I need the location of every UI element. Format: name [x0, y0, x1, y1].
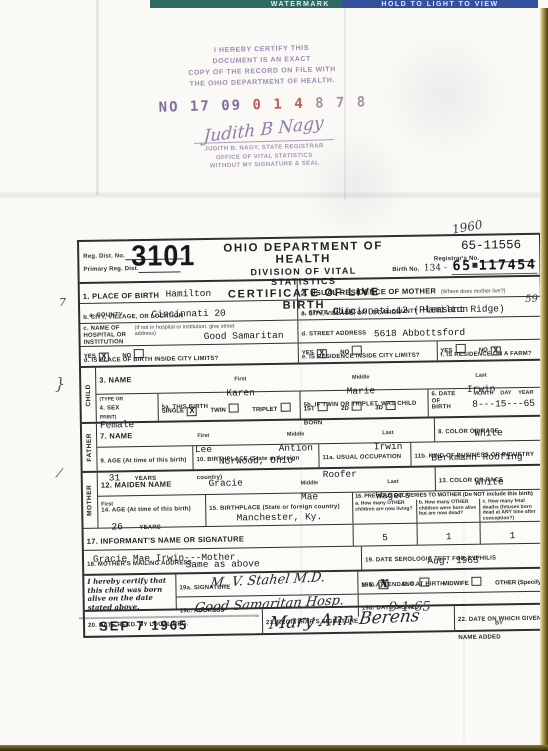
year-header: YEAR [518, 390, 533, 396]
registrar-signature-field: 21. REGISTRAR'S SIGNATURE Mary Ann Beren… [263, 606, 455, 633]
prev-living-value-cell: 5 [354, 524, 418, 546]
previous-deliveries-field: 16. PREVIOUS DELIVERIES TO MOTHER (Do NO… [353, 490, 543, 524]
certificate-number: 65-11556 [387, 238, 521, 254]
father-occupation-field: 11a. USUAL OCCUPATION Roofer [319, 443, 411, 467]
frame-border-bottom [0, 745, 548, 751]
midwife-option: MIDWIFE [443, 572, 482, 591]
do-option: D. O. [402, 573, 429, 591]
attendant-at-birth-field: 19b. ATTENDANT AT BIRTH M. D.X D. O. MID… [358, 569, 544, 594]
birth-no-written: 134 - [424, 263, 447, 273]
father-birthplace-field: 10. BIRTHPLACE (State or foreign country… [193, 444, 319, 469]
residence-farm-options: YES NOX [440, 338, 539, 358]
father-age-label: 9. AGE (At time of this birth) [100, 457, 186, 464]
third-checkbox [386, 401, 396, 410]
birth-city-limits-options: YESX NO [84, 342, 296, 363]
father-name-label-block: 7. NAME [97, 423, 157, 447]
father-industry-value: Berkmann Roofing [411, 452, 542, 464]
mother-age-field: 14. AGE (At time of this birth) 26 YEARS [98, 495, 206, 528]
watermark-pattern [380, 30, 510, 160]
yes-option: YES [440, 339, 465, 357]
yes-option: YESX [84, 345, 109, 363]
birth-no-label: Birth No. [392, 267, 419, 273]
dob-value: 8---15---65 [466, 399, 542, 410]
security-banner: WATERMARK HOLD TO LIGHT TO VIEW [150, 0, 538, 8]
attendant-signature: M. V. Stahel M.D. [210, 570, 326, 591]
father-name-label: 7. NAME [100, 431, 133, 441]
stamp-separator [473, 263, 478, 268]
attendant-options: M. D.X D. O. MIDWIFE OTHER (Specify) [361, 571, 542, 592]
res-city-value: Cincinnati 12 (Pleasant Ridge) [298, 304, 540, 318]
father-race-value: White [435, 428, 542, 440]
residence-farm-field: f. IS RESIDENCE ON A FARM? YES NOX [437, 340, 541, 361]
scanned-birth-certificate-page: WATERMARK HOLD TO LIGHT TO VIEW I HEREBY… [0, 0, 548, 751]
certificate-numbers-block: 65-11556 Registrar's No. Birth No. 134 -… [387, 235, 540, 277]
birth-city-limits-field: d. IS PLACE OF BIRTH INSIDE CITY LIMITS?… [81, 344, 298, 366]
dob-value-block: MONTH DAY YEAR 8---15---65 [465, 388, 541, 416]
child-name-label: 3. NAME [99, 375, 132, 385]
dob-label-block: 6. DATE OF BIRTH [428, 389, 465, 417]
residence-title: 2. USUAL RESIDENCE OF MOTHER [301, 286, 436, 297]
residence-city-limits-field: e. IS RESIDENCE INSIDE CITY LIMITS? YESX… [299, 341, 438, 362]
yes-checkbox [455, 344, 465, 353]
birth-number-line: Birth No. 134 - 65117454 [327, 256, 537, 277]
no-checkbox: X [491, 346, 501, 355]
paper-crease-vertical-left [96, 0, 99, 195]
no-option: NO [122, 344, 144, 362]
child-last-name: LastIrwin [421, 361, 542, 389]
prev-dead-label: b. How many OTHER children were born ali… [417, 499, 481, 524]
first-option: 1ST [304, 397, 328, 415]
month-header: MONTH [473, 390, 493, 396]
place-of-birth-section: 1. PLACE OF BIRTH a. COUNTY Hamilton b. … [80, 281, 299, 366]
residence-limit-farm-row: e. IS RESIDENCE INSIDE CITY LIMITS? YESX… [299, 340, 541, 363]
banner-watermark-segment: WATERMARK [150, 0, 342, 8]
midwife-checkbox [472, 577, 482, 586]
mother-race-field: 13. COLOR OR RACE White [435, 466, 543, 491]
triplet-option: TRIPLET [252, 398, 290, 417]
birth-number-stamp: 65117454 [451, 257, 537, 275]
mother-maiden-label-block: 12. MAIDEN NAME First [98, 471, 184, 495]
handwritten-margin-tick: / [55, 466, 62, 482]
banner-hold-to-light-segment: HOLD TO LIGHT TO VIEW [342, 0, 538, 8]
yes-checkbox: X [99, 353, 109, 362]
no-option: NOX [479, 338, 501, 356]
date-received-stamp: SEP 7 1965 [99, 617, 188, 633]
father-side-label: FATHER [82, 424, 98, 471]
mother-section: MOTHER 12. MAIDEN NAME First Gracie Midd… [83, 466, 544, 529]
informant-field: 17. INFORMANT'S NAME OR SIGNATURE Gracie… [84, 525, 354, 550]
no-option: NO [340, 341, 362, 359]
district-number-stamp: 3101 [131, 239, 195, 273]
registrar-signature: Mary Ann Berens [268, 606, 421, 634]
mother-side-label: MOTHER [83, 473, 99, 528]
sex-label: 4. SEX [100, 405, 120, 411]
mother-maiden-label: 12. MAIDEN NAME [101, 480, 172, 490]
place-and-residence-section: 1. PLACE OF BIRTH a. COUNTY Hamilton b. … [80, 277, 541, 368]
serial-prefix: NO 17 09 [158, 98, 242, 116]
single-option: SINGLEX [162, 399, 198, 418]
child-section: CHILD 3. NAME (TYPE OR PRINT) FirstKaren… [81, 361, 542, 424]
residence-city-limits-options: YESX NO [302, 339, 435, 359]
father-last-name: LastIrwin [342, 418, 435, 442]
by-label: BY [495, 620, 503, 627]
banner-left-text: WATERMARK [271, 1, 330, 8]
twin-order-options: 1ST 2D 3D [304, 396, 426, 416]
triplet-checkbox [280, 403, 290, 412]
child-side-label: CHILD [81, 368, 97, 422]
this-birth-field: 5a. THIS BIRTH SINGLEX TWIN TRIPLET [158, 392, 300, 421]
fetal-deaths-value: 1 [481, 531, 544, 542]
mother-race-value: White [436, 477, 543, 489]
father-section: FATHER 7. NAME FirstLee MiddleAntion Las… [82, 417, 543, 473]
mother-last-name: LastWagers [351, 467, 435, 491]
certify-statement: I hereby certify that this child was bor… [84, 574, 177, 609]
md-option: M. D.X [361, 573, 389, 591]
father-race-field: 8. COLOR OR RACE White [434, 417, 542, 442]
father-birthplace-value: Norwood, Ohio [193, 455, 318, 467]
do-checkbox [419, 578, 429, 587]
residence-note: (Where does mother live?) [441, 288, 506, 295]
mother-birthplace-field: 15. BIRTHPLACE (State or foreign country… [206, 493, 353, 526]
handwritten-margin-brace: } [55, 374, 65, 393]
informant-label: 17. INFORMANT'S NAME OR SIGNATURE [87, 534, 245, 545]
twin-order-field: 5b. IF TWIN OR TRIPLET, WAS CHILD BORN 1… [300, 389, 428, 418]
prev-dead-value: 1 [417, 532, 480, 543]
fetal-deaths-label: c. How many fetal deaths (fetuses born d… [480, 498, 543, 523]
father-first-name: FirstLee [157, 421, 250, 445]
mother-birthplace-value: Manchester, Ky. [206, 512, 352, 524]
city-value: Cincinnati 20 [80, 308, 297, 321]
second-option: 2D [341, 397, 362, 415]
date-received-field: 20. DATE RECD. BY LOCAL REG. SEP 7 1965 [85, 609, 263, 636]
twin-checkbox [229, 403, 239, 412]
other-option: OTHER (Specify) [495, 571, 543, 590]
certificate-form: Reg. Dist. No. Primary Reg. Dist. 3101 O… [77, 233, 547, 638]
sex-field: 4. SEX Female [96, 394, 158, 422]
paper-fold-crease [0, 192, 548, 199]
no-checkbox [352, 346, 362, 355]
yes-option: YESX [302, 341, 327, 359]
mother-age-label: 14. AGE (At time of this birth) [101, 506, 191, 513]
twin-option: TWIN [210, 398, 239, 416]
no-checkbox [134, 349, 144, 358]
second-checkbox [352, 402, 362, 411]
father-occupation-label: 11a. USUAL OCCUPATION [322, 454, 401, 461]
serologic-test-field: 19. DATE SEROLOGIC TEST FOR SYPHILIS Aug… [362, 544, 544, 570]
form-header: Reg. Dist. No. Primary Reg. Dist. 3101 O… [79, 235, 540, 284]
attendant-signature-field: 19a. SIGNATURE M. V. Stahel M.D. [176, 572, 358, 597]
single-checkbox: X [187, 407, 197, 416]
usual-residence-section: 2. USUAL RESIDENCE OF MOTHER (Where does… [298, 277, 541, 363]
serologic-test-value: Aug. 1965 [362, 555, 544, 568]
frame-border-right [540, 8, 548, 751]
father-industry-field: 11b. KIND OF BUSINESS OR INDUSTRY Berkma… [411, 441, 542, 466]
md-checkbox: X [379, 580, 389, 589]
certification-stamp: I HEREBY CERTIFY THIS DOCUMENT IS AN EXA… [146, 41, 379, 172]
mother-first-name: Gracie [184, 470, 268, 494]
county-value: Hamilton [80, 288, 297, 301]
registration-district-block: Reg. Dist. No. Primary Reg. Dist. 3101 [79, 240, 220, 282]
child-name-label-block: 3. NAME (TYPE OR PRINT) [96, 366, 180, 393]
day-header: DAY [500, 390, 511, 396]
child-details-row: 4. SEX Female 5a. THIS BIRTH SINGLEX TWI… [96, 388, 541, 422]
fetal-deaths-value-cell: 1 [481, 522, 544, 544]
child-middle-name: MiddleMarie [300, 363, 421, 391]
mother-middle-name: MiddleMae [267, 469, 351, 493]
name-added-field: 22. DATE ON WHICH GIVEN NAME ADDED BY [455, 605, 545, 630]
handwritten-margin-seven: 7 [59, 296, 66, 309]
yes-checkbox: X [317, 349, 327, 358]
date-of-birth-field: 6. DATE OF BIRTH MONTH DAY YEAR 8---15--… [428, 388, 541, 417]
prev-dead-value-cell: 1 [417, 523, 481, 545]
this-birth-options: SINGLEX TWIN TRIPLET [162, 398, 298, 418]
third-option: 3D [375, 396, 396, 414]
banner-right-text: HOLD TO LIGHT TO VIEW [381, 1, 498, 8]
prev-living-value: 5 [354, 533, 417, 544]
father-age-field: 9. AGE (At time of this birth) 31 YEARS [97, 446, 193, 471]
prev-living-label: a. How many OTHER children are now livin… [353, 500, 417, 525]
first-checkbox [318, 402, 328, 411]
child-first-name: FirstKaren [180, 365, 301, 393]
serial-middle: 0 1 4 [252, 96, 305, 113]
father-middle-name: MiddleAntion [249, 420, 342, 444]
